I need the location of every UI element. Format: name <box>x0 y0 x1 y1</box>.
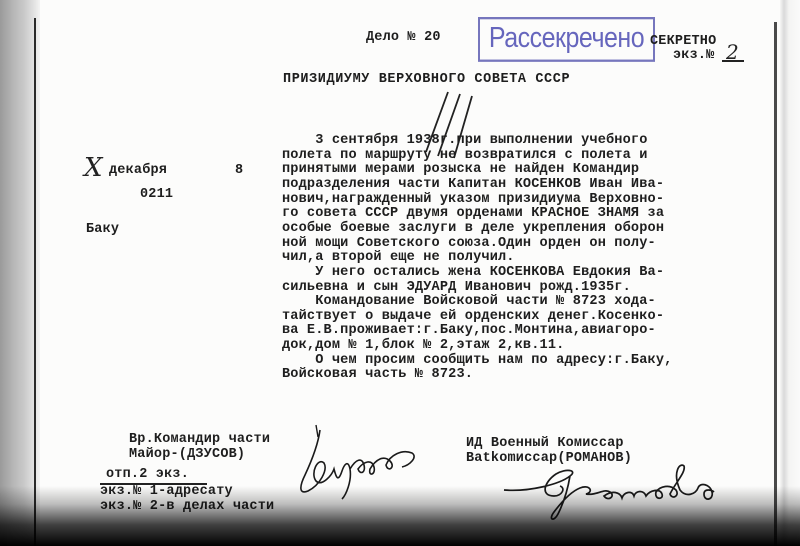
addressee: ПРИЗИДИУМУ ВЕРХОВНОГО СОВЕТА СССР <box>283 72 570 87</box>
copy-number-underline <box>722 60 744 62</box>
body-line: О чем просим сообщить нам по адресу:г.Ба… <box>282 353 672 368</box>
right-edge <box>780 0 800 546</box>
margin-line <box>34 18 36 546</box>
body-line: подразделения части Капитан КОСЕНКОВ Ива… <box>282 177 664 192</box>
handwritten-day: Х <box>84 153 103 183</box>
body-line: нович,награжденный указом призидиума Вер… <box>282 192 664 207</box>
copy-label: экз.№ <box>673 48 715 63</box>
body-line: го совета СССР двумя орденами КРАСНОЕ ЗН… <box>282 206 664 221</box>
body-line: полета по маршруту не возвратился с поле… <box>282 148 648 163</box>
body-line: чил,а второй еще не получил. <box>282 250 515 265</box>
body-line: ной мощи Советского союза.Один орден он … <box>282 236 656 251</box>
document-page: Дело № 20 Рассекречено СЕКРЕТНО экз.№ 2 … <box>0 0 800 546</box>
bottom-shadow <box>0 486 800 546</box>
left-signer-title: Вр.Командир части <box>129 432 270 447</box>
right-border-line <box>774 22 777 546</box>
case-number: Дело № 20 <box>366 30 441 45</box>
margin-city: Баку <box>86 222 119 237</box>
declassified-stamp: Рассекречено <box>478 17 655 62</box>
right-signer-title: ИД Военный Комиссар <box>466 436 624 451</box>
classification-label: СЕКРЕТНО <box>650 34 716 49</box>
margin-day: 8 <box>235 163 243 178</box>
body-line: сильевна и сын ЭДУАРД Иванович рожд.1935… <box>282 280 631 295</box>
margin-ref-number: 0211 <box>140 187 173 202</box>
body-line: ва Е.В.проживает:г.Баку,пос.Монтина,авиа… <box>282 323 656 338</box>
body-line: принятыми мерами розыска не найден Коман… <box>282 162 639 177</box>
body-line: док,дом № 1,блок № 2,этаж 2,кв.11. <box>282 338 564 353</box>
body-line: особые боевые заслуги в деле укрепления … <box>282 221 664 236</box>
body-line: У него остались жена КОСЕНКОВА Евдокия В… <box>282 265 664 280</box>
left-signer-name: Майор-(ДЗУСОВ) <box>129 447 245 462</box>
body-line: 3 сентября 1938г.при выполнении учебного <box>282 133 648 148</box>
distribution-header: отп.2 экз. <box>106 467 189 482</box>
body-line: тайствует о выдаче ей орденских денег.Ко… <box>282 309 664 324</box>
body-line: Командование Войсковой части № 8723 хода… <box>282 294 656 309</box>
body-line: Войсковая часть № 8723. <box>282 367 473 382</box>
margin-month: декабря <box>109 163 167 178</box>
